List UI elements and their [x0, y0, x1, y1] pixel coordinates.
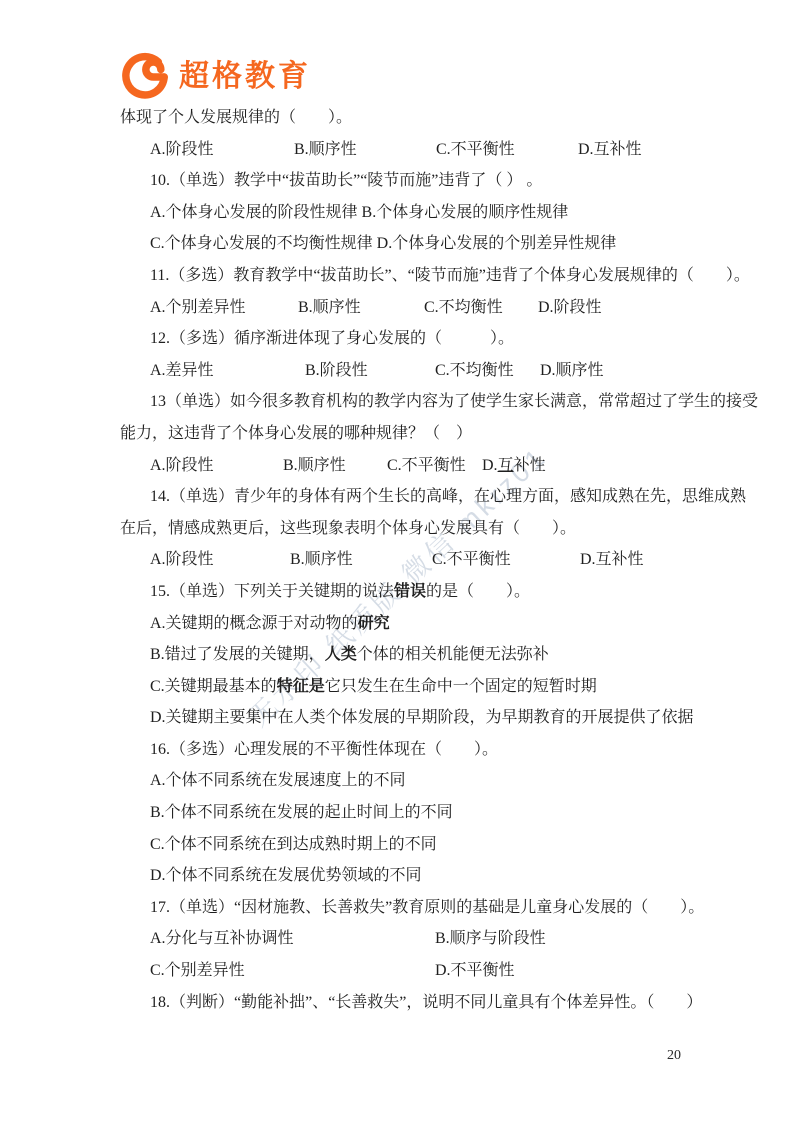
- q14-options-row: A.阶段性 B.顺序性 C.不平衡性 D.互补性: [120, 544, 740, 576]
- q17-options-row-2: C.个别差异性 D.不平衡性: [120, 955, 740, 987]
- q11-option-b: B.顺序性: [298, 292, 361, 324]
- q17-options-row-1: A.分化与互补协调性 B.顺序与阶段性: [120, 923, 740, 955]
- q13-option-d-suffix: 补性: [514, 457, 546, 474]
- chaoge-g-icon: [120, 52, 170, 102]
- q10-options-row-1: A.个体身心发展的阶段性规律 B.个体身心发展的顺序性规律: [120, 197, 740, 229]
- q17-option-b: B.顺序与阶段性: [435, 923, 546, 955]
- document-content: 体现了个人发展规律的（ ）。 A.阶段性 B.顺序性 C.不平衡性 D.互补性 …: [120, 102, 740, 1018]
- q17-option-d: D.不平衡性: [435, 955, 515, 987]
- q12-stem: 12.（多选）循序渐进体现了身心发展的（ ）。: [120, 323, 740, 355]
- q13-option-c: C.不平衡性: [387, 450, 466, 482]
- q12-option-d: D.顺序性: [540, 355, 604, 387]
- q15-stem-tail: 的是（ ）。: [426, 583, 530, 600]
- q13-options-row: A.阶段性 B.顺序性 C.不平衡性 D.互补性: [120, 450, 740, 482]
- q14-option-d: D.互补性: [580, 544, 644, 576]
- document-page: 超格教育 无水印 纸质版 微信 mkrz01 体现了个人发展规律的（ ）。 A.…: [0, 0, 804, 1137]
- q15-stem: 15.（单选）下列关于关键期的说法错误的是（ ）。: [120, 576, 740, 608]
- q12-option-b: B.阶段性: [305, 355, 368, 387]
- brand-name: 超格教育: [179, 52, 311, 102]
- q12-options-row: A.差异性 B.阶段性 C.不均衡性 D.顺序性: [120, 355, 740, 387]
- q15-option-a-emphasis: 研究: [358, 615, 390, 632]
- q15-stem-emphasis: 错误: [394, 583, 426, 600]
- q15-option-a: A.关键期的概念源于对动物的研究: [120, 608, 740, 640]
- q16-stem: 16.（多选）心理发展的不平衡性体现在（ ）。: [120, 734, 740, 766]
- page-number: 20: [667, 1048, 681, 1064]
- q13-option-d-prefix: D.: [482, 457, 498, 474]
- q15-option-c-emphasis: 特征是: [277, 678, 325, 695]
- q15-option-b-emphasis: 人类: [325, 646, 357, 663]
- q9-option-b: B.顺序性: [294, 134, 357, 166]
- q15-option-c-tail: 它只发生在生命中一个固定的短暂时期: [325, 678, 597, 695]
- q9-option-d: D.互补性: [578, 134, 642, 166]
- q14-option-c: C.不平衡性: [432, 544, 511, 576]
- q17-stem: 17.（单选）“因材施教、长善救失”教育原则的基础是儿童身心发展的（ ）。: [120, 892, 740, 924]
- q15-option-b-text: B.错过了发展的关键期，: [150, 646, 325, 663]
- q14-stem-line1: 14.（单选）青少年的身体有两个生长的高峰，在心理方面，感知成熟在先，思维成熟: [120, 481, 740, 513]
- q13-option-d: D.互补性: [482, 450, 546, 482]
- q11-option-d: D.阶段性: [538, 292, 602, 324]
- q15-option-b: B.错过了发展的关键期，人类个体的相关机能便无法弥补: [120, 639, 740, 671]
- q13-stem-line2: 能力，这违背了个体身心发展的哪种规律？（ ）: [120, 418, 740, 450]
- q12-option-c: C.不均衡性: [435, 355, 514, 387]
- q11-options-row: A.个别差异性 B.顺序性 C.不均衡性 D.阶段性: [120, 292, 740, 324]
- q9-stem-tail: 体现了个人发展规律的（ ）。: [120, 102, 740, 134]
- brand-logo: 超格教育: [120, 52, 311, 102]
- q13-option-a: A.阶段性: [150, 450, 214, 482]
- q13-option-b: B.顺序性: [283, 450, 346, 482]
- q14-option-a: A.阶段性: [150, 544, 214, 576]
- q15-option-c: C.关键期最基本的特征是它只发生在生命中一个固定的短暂时期: [120, 671, 740, 703]
- q15-option-d: D.关键期主要集中在人类个体发展的早期阶段，为早期教育的开展提供了依据: [120, 702, 740, 734]
- q10-options-row-2: C.个体身心发展的不均衡性规律 D.个体身心发展的个别差异性规律: [120, 228, 740, 260]
- q11-option-a: A.个别差异性: [150, 292, 246, 324]
- q15-option-c-text: C.关键期最基本的: [150, 678, 277, 695]
- q12-option-a: A.差异性: [150, 355, 214, 387]
- q17-option-a: A.分化与互补协调性: [150, 923, 294, 955]
- q11-stem: 11.（多选）教育教学中“拔苗助长”、“陵节而施”违背了个体身心发展规律的（ ）…: [120, 260, 740, 292]
- q10-stem: 10.（单选）教学中“拔苗助长”“陵节而施”违背了（ ） 。: [120, 165, 740, 197]
- q9-option-c: C.不平衡性: [436, 134, 515, 166]
- q15-option-a-text: A.关键期的概念源于对动物的: [150, 615, 358, 632]
- q14-option-b: B.顺序性: [290, 544, 353, 576]
- q16-option-b: B.个体不同系统在发展的起止时间上的不同: [120, 797, 740, 829]
- q11-option-c: C.不均衡性: [424, 292, 503, 324]
- q16-option-d: D.个体不同系统在发展优势领域的不同: [120, 860, 740, 892]
- q15-stem-text: 15.（单选）下列关于关键期的说法: [150, 583, 394, 600]
- q16-option-a: A.个体不同系统在发展速度上的不同: [120, 765, 740, 797]
- q16-option-c: C.个体不同系统在到达成熟时期上的不同: [120, 829, 740, 861]
- q9-option-a: A.阶段性: [150, 134, 214, 166]
- q14-stem-line2: 在后，情感成熟更后，这些现象表明个体身心发展具有（ ）。: [120, 513, 740, 545]
- q17-option-c: C.个别差异性: [150, 955, 245, 987]
- q13-option-d-underlined: 互: [498, 457, 514, 474]
- q15-option-b-tail: 个体的相关机能便无法弥补: [357, 646, 549, 663]
- q13-stem-line1: 13（单选）如今很多教育机构的教学内容为了使学生家长满意，常常超过了学生的接受: [120, 386, 740, 418]
- q18-stem: 18.（判断）“勤能补拙”、“长善救失”，说明不同儿童具有个体差异性。（ ）: [120, 987, 740, 1019]
- q9-options-row: A.阶段性 B.顺序性 C.不平衡性 D.互补性: [120, 134, 740, 166]
